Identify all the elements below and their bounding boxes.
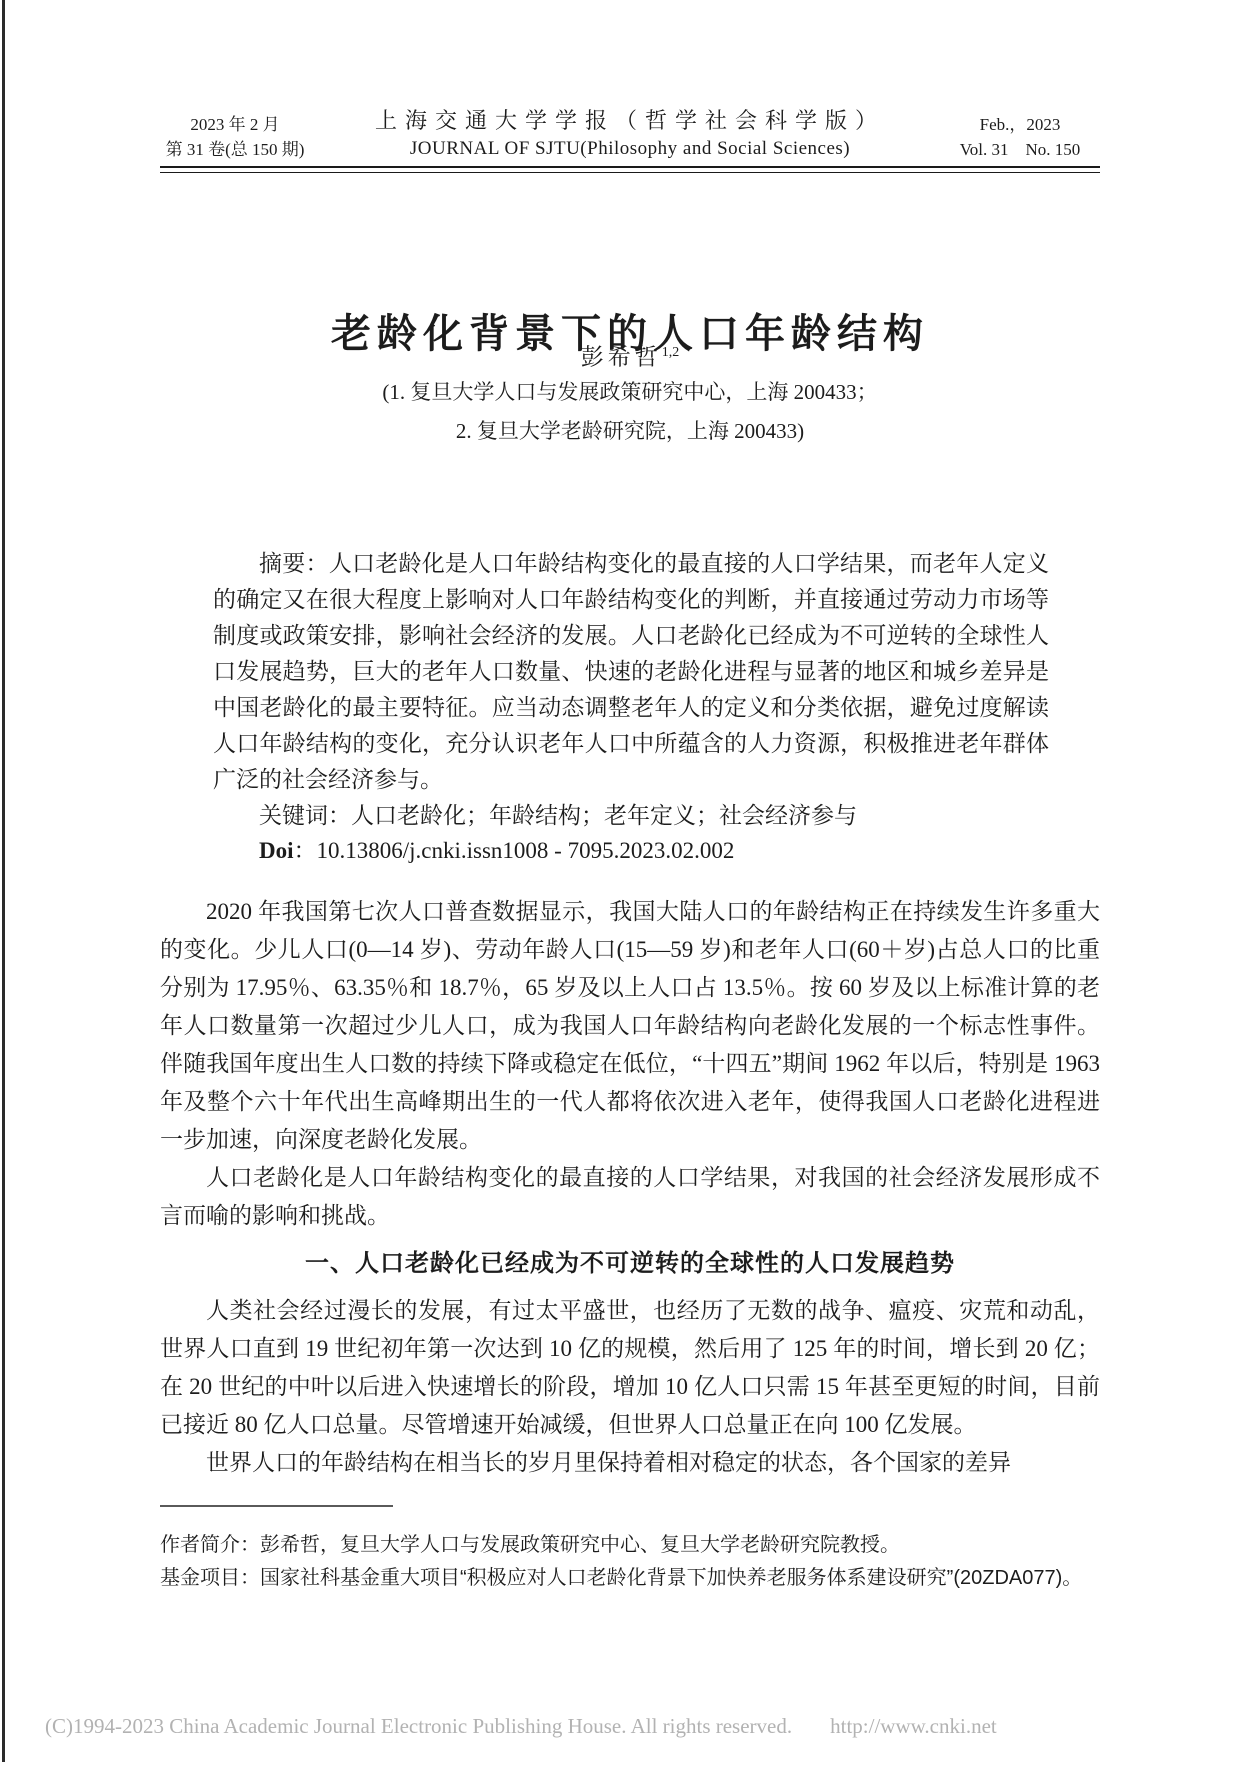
header-date-en: Feb.，2023 bbox=[940, 112, 1100, 137]
body-paragraph: 人类社会经过漫长的发展，有过太平盛世，也经历了无数的战争、瘟疫、灾荒和动乱，世界… bbox=[160, 1292, 1100, 1444]
section-1-heading: 一、人口老龄化已经成为不可逆转的全球性的人口发展趋势 bbox=[160, 1247, 1100, 1281]
body-paragraph: 2020 年我国第七次人口普查数据显示，我国大陆人口的年龄结构正在持续发生许多重… bbox=[160, 893, 1100, 1159]
journal-page: 2023 年 2 月 第 31 卷(总 150 期) 上海交通大学学报（哲学社会… bbox=[0, 0, 1256, 1774]
body-paragraph: 世界人口的年龄结构在相当长的岁月里保持着相对稳定的状态，各个国家的差异 bbox=[160, 1444, 1100, 1482]
page-content: 2023 年 2 月 第 31 卷(总 150 期) 上海交通大学学报（哲学社会… bbox=[160, 0, 1100, 1774]
article-body: 2020 年我国第七次人口普查数据显示，我国大陆人口的年龄结构正在持续发生许多重… bbox=[160, 893, 1100, 1482]
affiliation-2: 2. 复旦大学老龄研究院，上海 200433) bbox=[160, 417, 1100, 445]
footnote-separator bbox=[160, 1505, 393, 1507]
header-issue-info-en: Feb.，2023 Vol. 31 No. 150 bbox=[940, 112, 1100, 162]
author-name: 彭希哲 bbox=[581, 345, 662, 370]
footnote-funding: 基金项目：国家社科基金重大项目“积极应对人口老龄化背景下加快养老服务体系建设研究… bbox=[160, 1563, 1100, 1593]
cnki-url: http://www.cnki.net bbox=[830, 1714, 997, 1738]
header-volume-en: Vol. 31 No. 150 bbox=[940, 137, 1100, 162]
doi-line: Doi：10.13806/j.cnki.issn1008 - 7095.2023… bbox=[213, 833, 1049, 869]
cnki-watermark: (C)1994-2023 China Academic Journal Elec… bbox=[45, 1712, 1225, 1740]
copyright-text: (C)1994-2023 China Academic Journal Elec… bbox=[45, 1714, 792, 1738]
keywords-line: 关键词：人口老龄化；年龄结构；老年定义；社会经济参与 bbox=[213, 797, 1049, 833]
body-paragraph: 人口老龄化是人口年龄结构变化的最直接的人口学结果，对我国的社会经济发展形成不言而… bbox=[160, 1159, 1100, 1235]
doi-value: ：10.13806/j.cnki.issn1008 - 7095.2023.02… bbox=[294, 838, 735, 863]
abstract-text: 摘要：人口老龄化是人口年龄结构变化的最直接的人口学结果，而老年人定义的确定又在很… bbox=[213, 545, 1049, 797]
author-affiliation-marker: 1,2 bbox=[662, 345, 680, 360]
scan-edge-line bbox=[2, 0, 5, 1762]
author-line: 彭希哲1,2 bbox=[160, 338, 1100, 373]
doi-label: Doi bbox=[259, 838, 294, 863]
abstract-block: 摘要：人口老龄化是人口年龄结构变化的最直接的人口学结果，而老年人定义的确定又在很… bbox=[213, 545, 1049, 869]
header-double-rule bbox=[160, 166, 1100, 173]
footnote-author-bio: 作者简介：彭希哲，复旦大学人口与发展政策研究中心、复旦大学老龄研究院教授。 bbox=[160, 1530, 1100, 1560]
affiliation-1: (1. 复旦大学人口与发展政策研究中心，上海 200433； bbox=[160, 378, 1100, 406]
